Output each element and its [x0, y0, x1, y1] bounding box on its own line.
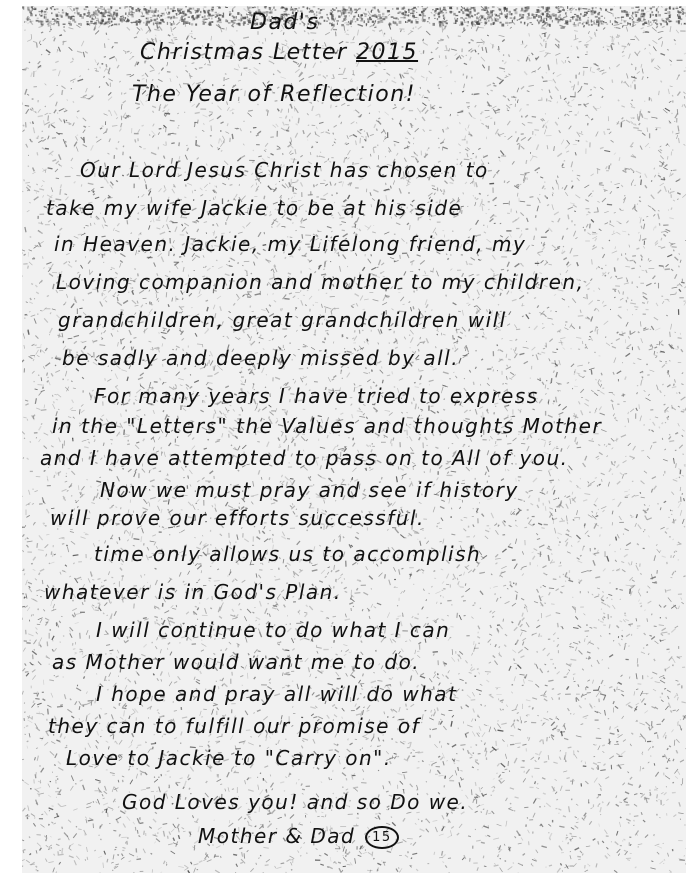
letter-closing: God Loves you! and so Do we. [122, 790, 468, 814]
letter-line: Now we must pray and see if history [100, 478, 519, 502]
letter-heading: Dad's [250, 10, 319, 35]
signature-text: Mother & Dad [198, 824, 355, 848]
scanned-letter-page: Dad's Christmas Letter 2015 The Year of … [22, 6, 686, 873]
letter-subtitle: The Year of Reflection! [132, 82, 416, 107]
letter-title-year: 2015 [356, 40, 418, 65]
letter-line: take my wife Jackie to be at his side [46, 196, 462, 220]
letter-line: they can to fulfill our promise of [48, 714, 420, 738]
letter-line: grandchildren, great grandchildren will [58, 308, 507, 332]
letter-line: Love to Jackie to "Carry on". [66, 746, 392, 770]
letter-line: Loving companion and mother to my childr… [56, 270, 584, 294]
letter-title: Christmas Letter 2015 [140, 40, 418, 65]
letter-line: as Mother would want me to do. [52, 650, 420, 674]
letter-line: time only allows us to accomplish [94, 542, 481, 566]
letter-line: I will continue to do what I can [96, 618, 450, 642]
page-number-circle: 15 [365, 826, 399, 849]
letter-line: I hope and pray all will do what [96, 682, 457, 706]
letter-signature: Mother & Dad 15 [198, 824, 399, 849]
letter-line: be sadly and deeply missed by all. [62, 346, 459, 370]
letter-line: For many years I have tried to express [94, 384, 539, 408]
letter-line: whatever is in God's Plan. [44, 580, 342, 604]
paper-texture [22, 6, 686, 873]
letter-line: in the "Letters" the Values and thoughts… [52, 414, 602, 438]
letter-title-text: Christmas Letter [140, 40, 348, 65]
letter-line: and I have attempted to pass on to All o… [40, 446, 568, 470]
letter-line: in Heaven. Jackie, my Lifelong friend, m… [54, 232, 526, 256]
letter-line: will prove our efforts successful. [50, 506, 425, 530]
letter-line: Our Lord Jesus Christ has chosen to [80, 158, 489, 182]
